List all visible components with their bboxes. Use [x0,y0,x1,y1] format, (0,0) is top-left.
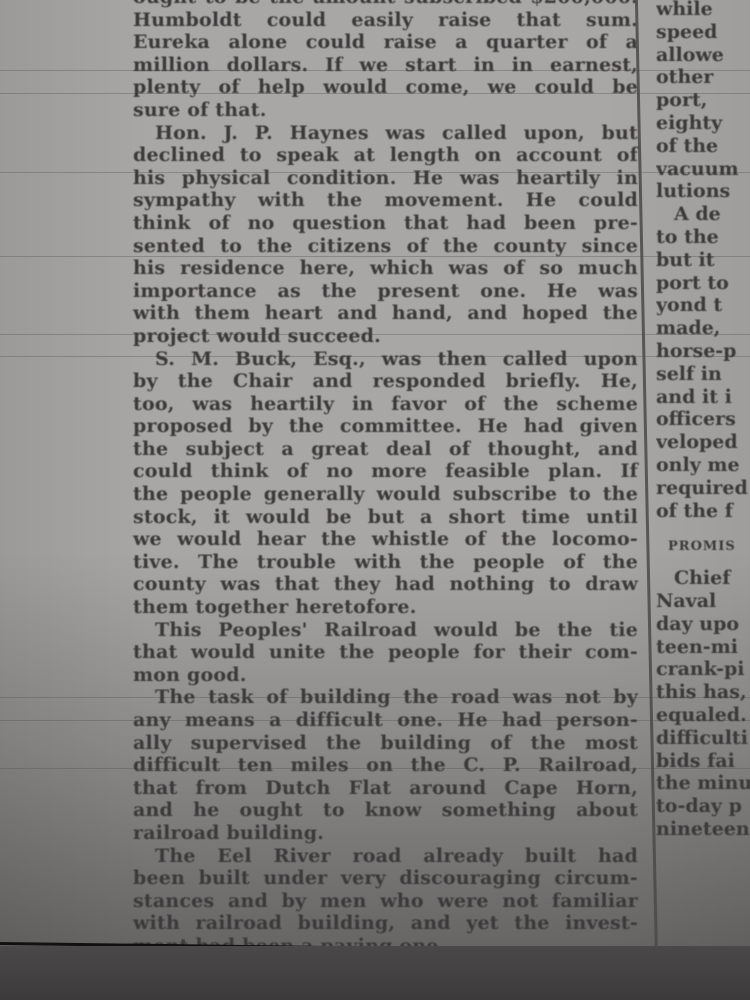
text-line: sure of that. [133,99,638,122]
text-line: by the Chair and responded briefly. He, [133,370,638,393]
text-line: plenty of help would come, we could be [133,76,638,99]
text-line: that from Dutch Flat around Cape Horn, [133,777,638,800]
newspaper-page: ought to be the amount subscribed $200,0… [0,0,750,1000]
page-bottom-shadow [0,946,750,1000]
text-line: that would unite the people for their co… [133,641,638,664]
text-line: county was that they had nothing to draw [133,573,638,596]
text-line: been built under very discouraging circu… [133,867,638,890]
article-column-right-partial: whilespeedalloweotherport,eightyof theva… [656,0,750,841]
column-divider [635,0,658,960]
article-column-main: ought to be the amount subscribed $200,0… [133,0,638,958]
text-line: million dollars. If we start in in earne… [133,54,638,77]
text-line: the subject a great deal of thought, and [133,438,638,461]
text-line: Chief [656,567,750,590]
text-line: difficulti [656,727,750,750]
text-line: stances and by men who were not familiar [133,890,638,913]
text-line: his physical condition. He was heartily … [133,167,638,190]
text-line: nineteen [656,818,750,841]
text-line: sympathy with the movement. He could [133,189,638,212]
section-heading: PROMIS [656,536,750,559]
text-line: made, [656,317,750,340]
text-line: too, was heartily in favor of the scheme [133,393,638,416]
text-line: teen-mi [656,636,750,659]
text-line: to-day p [656,795,750,818]
text-line: and he ought to know something about [133,799,638,822]
text-line: yond t [656,294,750,317]
text-line: we would hear the whistle of the locomo- [133,528,638,551]
text-line: but it [656,249,750,272]
text-line: stock, it would be but a short time unti… [133,506,638,529]
text-line: declined to speak at length on account o… [133,144,638,167]
text-line: project would succeed. [133,325,638,348]
text-line: Humboldt could easily raise that sum. [133,9,638,32]
text-line: sented to the citizens of the county sin… [133,235,638,258]
text-line: mon good. [133,664,638,687]
text-line: think of no question that had been pre- [133,212,638,235]
text-line: lutions [656,180,750,203]
text-line: this has, [656,681,750,704]
text-line: Eureka alone could raise a quarter of a [133,31,638,54]
text-line: his residence here, which was of so much [133,257,638,280]
text-line: equaled. [656,704,750,727]
text-line: other [656,66,750,89]
text-line: difficult ten miles on the C. P. Railroa… [133,754,638,777]
text-line: veloped [656,431,750,454]
text-line: could think of no more feasible plan. If [133,460,638,483]
text-line: Naval [656,590,750,613]
text-line: vacuum [656,158,750,181]
text-line: bids fai [656,750,750,773]
text-line: day upo [656,613,750,636]
text-line: any means a difficult one. He had person… [133,709,638,732]
text-line: officers [656,408,750,431]
text-line: ally supervised the building of the most [133,732,638,755]
text-line: A de [656,203,750,226]
text-line: Hon. J. P. Haynes was called upon, but [133,122,638,145]
text-line: This Peoples' Railroad would be the tie [133,619,638,642]
text-line: the people generally would subscribe to … [133,483,638,506]
text-line: crank-pi [656,658,750,681]
text-line: horse-p [656,340,750,363]
text-line: and it i [656,386,750,409]
text-line: only me [656,454,750,477]
text-line: port to [656,272,750,295]
text-line: of the f [656,500,750,523]
text-line: S. M. Buck, Esq., was then called upon [133,348,638,371]
text-line: while [656,0,750,21]
text-line: speed [656,21,750,44]
text-line: of the [656,135,750,158]
text-line: eighty [656,112,750,135]
text-line: with them heart and hand, and hoped the [133,302,638,325]
text-line: The Eel River road already built had [133,845,638,868]
text-line: The task of building the road was not by [133,686,638,709]
text-line: importance as the present one. He was [133,280,638,303]
text-line: them together heretofore. [133,596,638,619]
text-line: tive. The trouble with the people of the [133,551,638,574]
text-line: railroad building. [133,822,638,845]
text-line: with railroad building, and yet the inve… [133,912,638,935]
text-line: allowe [656,44,750,67]
text-line: self in [656,363,750,386]
text-line: required [656,477,750,500]
text-line: port, [656,89,750,112]
text-line: ought to be the amount subscribed $200,0… [133,0,638,9]
text-line: the minu [656,772,750,795]
text-line: to the [656,226,750,249]
text-line: proposed by the committee. He had given [133,415,638,438]
